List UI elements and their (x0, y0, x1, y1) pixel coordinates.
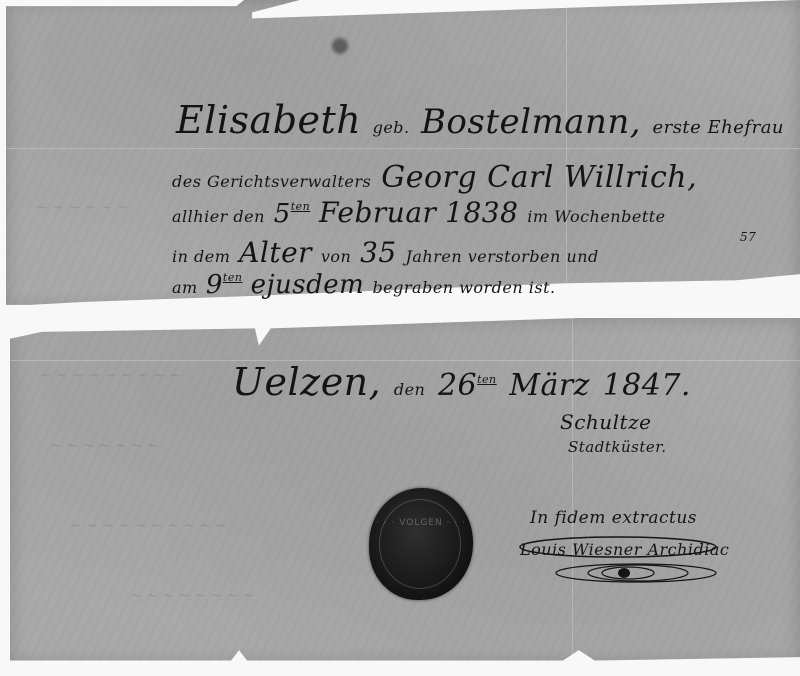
death-day: 5 (274, 199, 291, 229)
burial-day: 9 (206, 270, 223, 300)
bleed-through-text: ~ ~ ~ ~ ~ ~ ~ ~ ~ ~ (70, 518, 227, 534)
issue-date-line: Uelzen, den 26ten März 1847. (232, 360, 691, 404)
wax-seal: · · · VOLGEN · · · (369, 488, 473, 600)
issue-month: März (509, 368, 590, 403)
born-abbrev: geb. (373, 118, 410, 137)
bleed-through-text: ~ ~ ~ ~ ~ ~ ~ ~ ~ (40, 368, 181, 384)
deceased-first-name: Elisabeth (176, 98, 361, 142)
signature-flourish-icon (518, 535, 728, 595)
text: am (172, 278, 198, 297)
text: von (321, 247, 351, 266)
husband-name: Georg Carl Willrich, (381, 160, 697, 195)
seal-inscription: · · · VOLGEN · · · (369, 518, 473, 528)
death-month: Februar (319, 196, 436, 229)
husband-title: des Gerichtsverwalters (172, 172, 371, 191)
text: Jahren verstorben und (405, 247, 598, 266)
text: in dem (172, 247, 230, 266)
age-value: 35 (360, 236, 397, 269)
record-line-5: am 9ten ejusdem begraben worden ist. (172, 270, 556, 300)
margin-note: 57 (740, 230, 756, 244)
signature-title: Stadtküster. (568, 438, 667, 456)
seal-inner-ring (379, 499, 461, 589)
maiden-name: Bostelmann, (421, 102, 641, 142)
record-line-1: Elisabeth geb. Bostelmann, erste Ehefrau (176, 98, 784, 142)
text: den (394, 380, 426, 399)
bleed-through-text: ~ ~ ~ ~ ~ ~ ~ ~ (130, 588, 255, 604)
record-line-4: in dem Alter von 35 Jahren verstorben un… (172, 236, 599, 269)
ordinal-suffix: ten (291, 200, 311, 213)
bleed-through-text: ~ ~ ~ ~ ~ ~ (36, 200, 129, 216)
relation-text: erste Ehefrau (652, 117, 784, 138)
ink-stain (332, 38, 348, 54)
record-line-3: allhier den 5ten Februar 1838 im Wochenb… (172, 196, 666, 229)
record-line-2: des Gerichtsverwalters Georg Carl Willri… (172, 160, 697, 195)
death-year: 1838 (445, 196, 518, 229)
text: begraben worden ist. (372, 278, 555, 297)
ordinal-suffix: ten (477, 373, 497, 386)
age-label: Alter (239, 236, 312, 269)
place-text: allhier den (172, 207, 265, 226)
scan-canvas: ~ ~ ~ ~ ~ ~ ~ ~ ~ ~ ~ ~ ~ ~ ~ ~ ~ ~ ~ ~ … (0, 0, 800, 676)
attestation-line-1: In fidem extractus (530, 508, 697, 528)
issue-year: 1847. (603, 368, 691, 403)
bleed-through-text: ~ ~ ~ ~ ~ ~ ~ (50, 438, 159, 454)
issue-place: Uelzen, (232, 360, 381, 404)
ordinal-suffix: ten (223, 271, 243, 284)
signature-name: Schultze (560, 410, 651, 434)
ejusdem-text: ejusdem (251, 270, 365, 300)
cause-text: im Wochenbette (527, 207, 665, 226)
fold-crease (6, 148, 800, 149)
issue-day: 26 (438, 368, 477, 403)
